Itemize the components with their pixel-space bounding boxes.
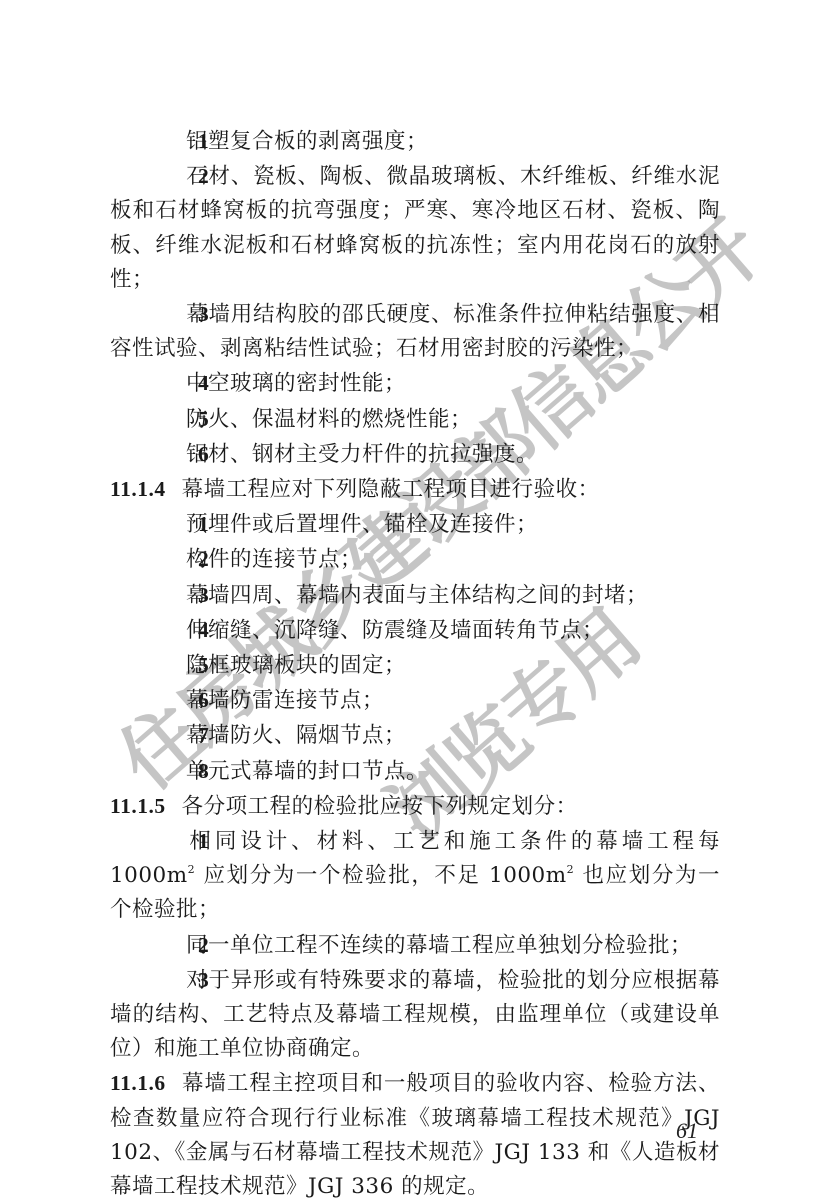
item-text: 隐框玻璃板块的固定； [186,653,406,678]
item-text: 幕墙用结构胶的邵氏硬度、标准条件拉伸粘结强度、相容性试验、剥离粘结性试验；石材用… [110,302,720,361]
item-number: 7 [154,718,186,752]
item-number: 3 [154,963,186,997]
item-text: 铝材、钢材主受力杆件的抗拉强度。 [186,442,538,467]
list-item-2-flexural-strength: 2石材、瓷板、陶板、微晶玻璃板、木纤维板、纤维水泥板和石材蜂窝板的抗弯强度；严寒… [110,159,720,297]
list-item-1-inspection-lot-area: 1相同设计、材料、工艺和施工条件的幕墙工程每 1000m2 应划分为一个检验批，… [110,824,720,928]
list-item-5-fire-insulation: 5防火、保温材料的燃烧性能； [110,402,720,437]
item-number: 5 [154,648,186,682]
list-item-3-sealing: 3幕墙四周、幕墙内表面与主体结构之间的封堵； [110,578,720,613]
item-text: 石材、瓷板、陶板、微晶玻璃板、木纤维板、纤维水泥板和石材蜂窝板的抗弯强度；严寒、… [110,164,720,292]
item-number: 1 [154,507,186,541]
list-item-4-insulating-glass: 4中空玻璃的密封性能； [110,366,720,401]
item-number: 6 [154,683,186,717]
item-text: 伸缩缝、沉降缝、防震缝及墙面转角节点； [186,618,604,643]
list-item-3-structural-sealant: 3幕墙用结构胶的邵氏硬度、标准条件拉伸粘结强度、相容性试验、剥离粘结性试验；石材… [110,297,720,366]
list-item-1-embedded-parts: 1预埋件或后置埋件、锚栓及连接件； [110,507,720,542]
item-number: 4 [154,366,186,400]
item-number: 5 [154,402,186,436]
item-number: 1 [154,824,186,858]
superscript: 2 [188,863,196,876]
superscript: 2 [567,863,575,876]
item-number: 6 [154,437,186,471]
item-number: 2 [154,928,186,962]
list-item-3-special-shape: 3对于异形或有特殊要求的幕墙，检验批的划分应根据幕墙的结构、工艺特点及幕墙工程规… [110,963,720,1067]
list-item-8-unit-closure: 8单元式幕墙的封口节点。 [110,754,720,789]
item-text: 对于异形或有特殊要求的幕墙，检验批的划分应根据幕墙的结构、工艺特点及幕墙工程规模… [110,968,720,1061]
clause-text: 幕墙工程主控项目和一般项目的验收内容、检验方法、检查数量应符合现行行业标准《玻璃… [110,1071,720,1198]
list-item-2-connection-nodes: 2构件的连接节点； [110,542,720,577]
list-item-6-tensile-strength: 6铝材、钢材主受力杆件的抗拉强度。 [110,437,720,472]
list-item-5-hidden-frame: 5隐框玻璃板块的固定； [110,648,720,683]
item-text: 幕墙四周、幕墙内表面与主体结构之间的封堵； [186,583,648,608]
clause-text: 各分项工程的检验批应按下列规定划分： [182,794,578,819]
item-text: 预埋件或后置埋件、锚栓及连接件； [186,512,538,537]
item-text: 幕墙防火、隔烟节点； [186,723,406,748]
clause-number: 11.1.5 [110,789,166,823]
clause-11-1-4: 11.1.4幕墙工程应对下列隐蔽工程项目进行验收： [110,472,720,507]
item-number: 2 [154,159,186,193]
list-item-7-fire-smoke: 7幕墙防火、隔烟节点； [110,718,720,753]
item-text: 铝塑复合板的剥离强度； [186,129,428,154]
clause-11-1-5: 11.1.5各分项工程的检验批应按下列规定划分： [110,789,720,824]
item-number: 4 [154,613,186,647]
item-number: 1 [154,124,186,158]
item-number: 2 [154,542,186,576]
item-number: 8 [154,754,186,788]
item-text: 中空玻璃的密封性能； [186,371,406,396]
page-number: 61 [676,1118,698,1144]
item-text-part: 应划分为一个检验批，不足 1000m [195,863,567,888]
item-text: 单元式幕墙的封口节点。 [186,759,428,784]
clause-number: 11.1.6 [110,1066,166,1100]
clause-number: 11.1.4 [110,472,166,506]
list-item-1-peel-strength: 1铝塑复合板的剥离强度； [110,124,720,159]
clause-11-1-6: 11.1.6幕墙工程主控项目和一般项目的验收内容、检验方法、检查数量应符合现行行… [110,1066,720,1198]
item-text: 构件的连接节点； [186,547,362,572]
document-body: 1铝塑复合板的剥离强度； 2石材、瓷板、陶板、微晶玻璃板、木纤维板、纤维水泥板和… [110,124,720,1198]
item-number: 3 [154,578,186,612]
item-text: 同一单位工程不连续的幕墙工程应单独划分检验批； [186,933,692,958]
item-number: 3 [154,297,186,331]
list-item-4-joints: 4伸缩缝、沉降缝、防震缝及墙面转角节点； [110,613,720,648]
clause-text: 幕墙工程应对下列隐蔽工程项目进行验收： [182,477,600,502]
item-text: 防火、保温材料的燃烧性能； [186,407,472,432]
item-text: 幕墙防雷连接节点； [186,688,384,713]
list-item-2-discontinuous: 2同一单位工程不连续的幕墙工程应单独划分检验批； [110,928,720,963]
list-item-6-lightning: 6幕墙防雷连接节点； [110,683,720,718]
